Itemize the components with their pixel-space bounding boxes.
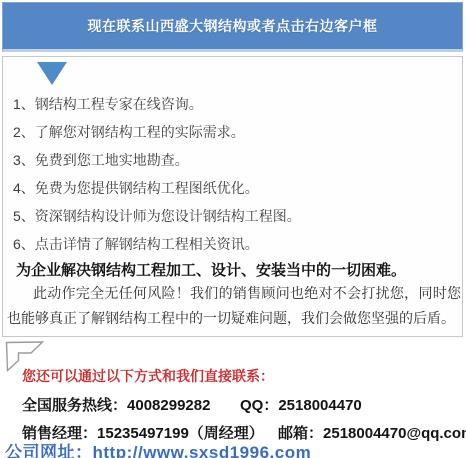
- website-url[interactable]: http://www.sxsd1996.com: [93, 443, 312, 458]
- step-item-3: 3、免费到您工地实地勘查。: [13, 146, 301, 174]
- contact-panel: 现在联系山西盛大钢结构或者点击右边客户框 1、钢结构工程专家在线咨询。 2、了解…: [0, 0, 466, 458]
- qq-number: 2518004470: [278, 397, 361, 414]
- steps-list: 1、钢结构工程专家在线咨询。 2、了解您对钢结构工程的实际需求。 3、免费到您工…: [13, 90, 301, 258]
- step-item-5: 5、资深钢结构设计师为您设计钢结构工程图。: [13, 202, 301, 230]
- steps-box: 1、钢结构工程专家在线咨询。 2、了解您对钢结构工程的实际需求。 3、免费到您工…: [2, 56, 463, 337]
- promise-statement: 为企业解决钢结构工程加工、设计、安装当中的一切困难。: [16, 259, 461, 280]
- company-website-link[interactable]: 公司网址：http://www.sxsd1996.com: [5, 438, 311, 458]
- email-address: 2518004470@qq.com: [323, 425, 466, 442]
- step-item-6: 6、点击详情了解钢结构工程相关资讯。: [13, 230, 301, 258]
- header-title: 现在联系山西盛大钢结构或者点击右边客户框: [88, 16, 378, 36]
- hotline-row: 全国服务热线：4008299282 QQ：2518004470: [0, 394, 466, 414]
- qq-label: QQ：: [240, 397, 278, 414]
- contact-intro-text: 您还可以通过以下方式和我们直接联系：: [22, 366, 274, 386]
- step-item-2: 2、了解您对钢结构工程的实际需求。: [13, 118, 301, 146]
- step-item-4: 4、免费为您提供钢结构工程图纸优化。: [13, 174, 301, 202]
- header-banner: 现在联系山西盛大钢结构或者点击右边客户框: [2, 2, 463, 52]
- website-label: 公司网址：: [5, 443, 93, 458]
- hotline-number: 4008299282: [127, 397, 210, 414]
- hotline-label: 全国服务热线：: [22, 397, 127, 414]
- down-arrow-icon: [37, 62, 67, 85]
- reassurance-paragraph: 此动作完全无任何风险！我们的销售顾问也绝对不会打扰您，同时您也能够真正了解钢结构…: [7, 281, 461, 331]
- step-item-1: 1、钢结构工程专家在线咨询。: [13, 90, 301, 118]
